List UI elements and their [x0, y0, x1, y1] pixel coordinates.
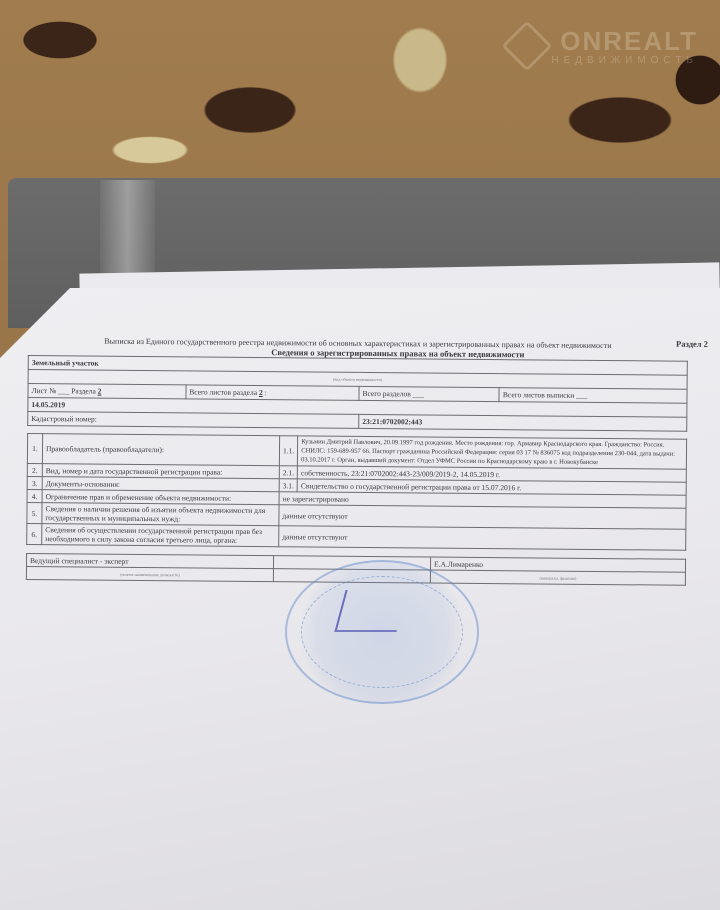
egrn-extract: Выписка из Единого государственного реес…: [26, 336, 688, 586]
total-sections: Всего разделов ___: [359, 386, 500, 401]
position-caption: (полное наименование должности): [26, 566, 273, 581]
section-label: Раздел 2: [676, 339, 708, 349]
sheet-number: Лист № ___ Раздела 2: [28, 384, 186, 399]
object-info-table: Земельный участок (вид объекта недвижимо…: [27, 355, 688, 432]
official-stamp: [285, 560, 479, 704]
table-row: 6. Сведения об осуществлении государстве…: [27, 523, 686, 550]
cadastral-label: Кадастровый номер:: [28, 412, 359, 429]
cadastral-number: 23:21:0702002:443: [359, 414, 687, 431]
name-caption: (инициалы, фамилия): [430, 570, 685, 585]
rights-table: 1. Правообладатель (правообладатели): 1.…: [26, 433, 687, 551]
watermark-brand: ONREALT: [560, 26, 698, 57]
signature: [334, 590, 407, 632]
total-sheets-section: Всего листов раздела 2 :: [186, 385, 359, 401]
folder-shine: [100, 180, 155, 275]
watermark-subtitle: НЕДВИЖИМОСТЬ: [551, 55, 698, 66]
